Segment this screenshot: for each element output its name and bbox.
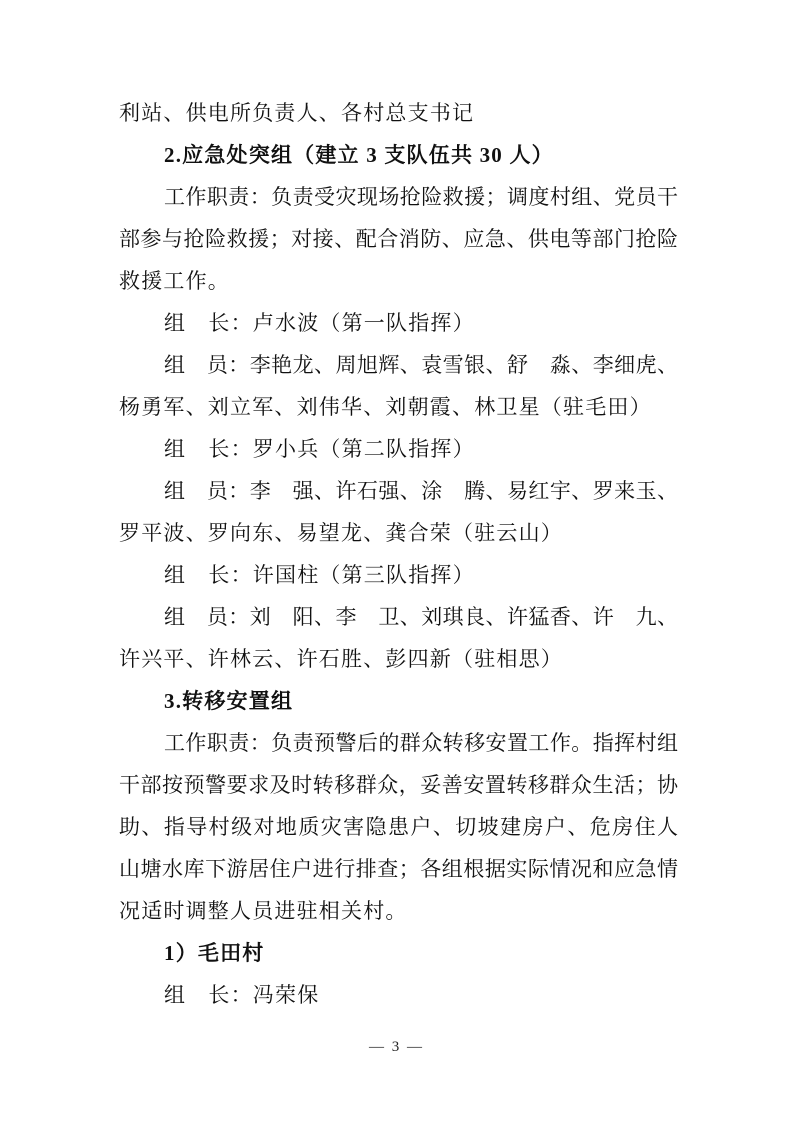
page-number: — 3 — bbox=[0, 1036, 793, 1058]
document-line: 许兴平、许林云、许石胜、彭四新（驻相思） bbox=[119, 638, 678, 680]
section-heading: 3.转移安置组 bbox=[119, 680, 678, 722]
document-line: 组 员：刘 阳、李 卫、刘琪良、许猛香、许 九、 bbox=[119, 596, 678, 638]
document-line: 组 员：李艳龙、周旭辉、袁雪银、舒 淼、李细虎、 bbox=[119, 344, 678, 386]
document-line: 工作职责：负责受灾现场抢险救援；调度村组、党员干 bbox=[119, 176, 678, 218]
document-line: 况适时调整人员进驻相关村。 bbox=[119, 890, 678, 932]
document-line: 助、指导村级对地质灾害隐患户、切坡建房户、危房住人户、 bbox=[119, 806, 678, 848]
section-heading: 1）毛田村 bbox=[119, 932, 678, 974]
document-page: 利站、供电所负责人、各村总支书记2.应急处突组（建立 3 支队伍共 30 人）工… bbox=[0, 0, 793, 1122]
document-line: 干部按预警要求及时转移群众，妥善安置转移群众生活；协 bbox=[119, 764, 678, 806]
document-line: 利站、供电所负责人、各村总支书记 bbox=[119, 92, 678, 134]
document-line: 组 长：罗小兵（第二队指挥） bbox=[119, 428, 678, 470]
document-body: 利站、供电所负责人、各村总支书记2.应急处突组（建立 3 支队伍共 30 人）工… bbox=[119, 92, 678, 1016]
document-line: 救援工作。 bbox=[119, 260, 678, 302]
document-line: 部参与抢险救援；对接、配合消防、应急、供电等部门抢险 bbox=[119, 218, 678, 260]
document-line: 组 员：李 强、许石强、涂 腾、易红宇、罗来玉、 bbox=[119, 470, 678, 512]
document-line: 组 长：冯荣保 bbox=[119, 974, 678, 1016]
document-line: 工作职责：负责预警后的群众转移安置工作。指挥村组 bbox=[119, 722, 678, 764]
document-line: 罗平波、罗向东、易望龙、龚合荣（驻云山） bbox=[119, 512, 678, 554]
document-line: 组 长：卢水波（第一队指挥） bbox=[119, 302, 678, 344]
document-line: 山塘水库下游居住户进行排查；各组根据实际情况和应急情 bbox=[119, 848, 678, 890]
section-heading: 2.应急处突组（建立 3 支队伍共 30 人） bbox=[119, 134, 678, 176]
document-line: 组 长：许国柱（第三队指挥） bbox=[119, 554, 678, 596]
document-line: 杨勇军、刘立军、刘伟华、刘朝霞、林卫星（驻毛田） bbox=[119, 386, 678, 428]
